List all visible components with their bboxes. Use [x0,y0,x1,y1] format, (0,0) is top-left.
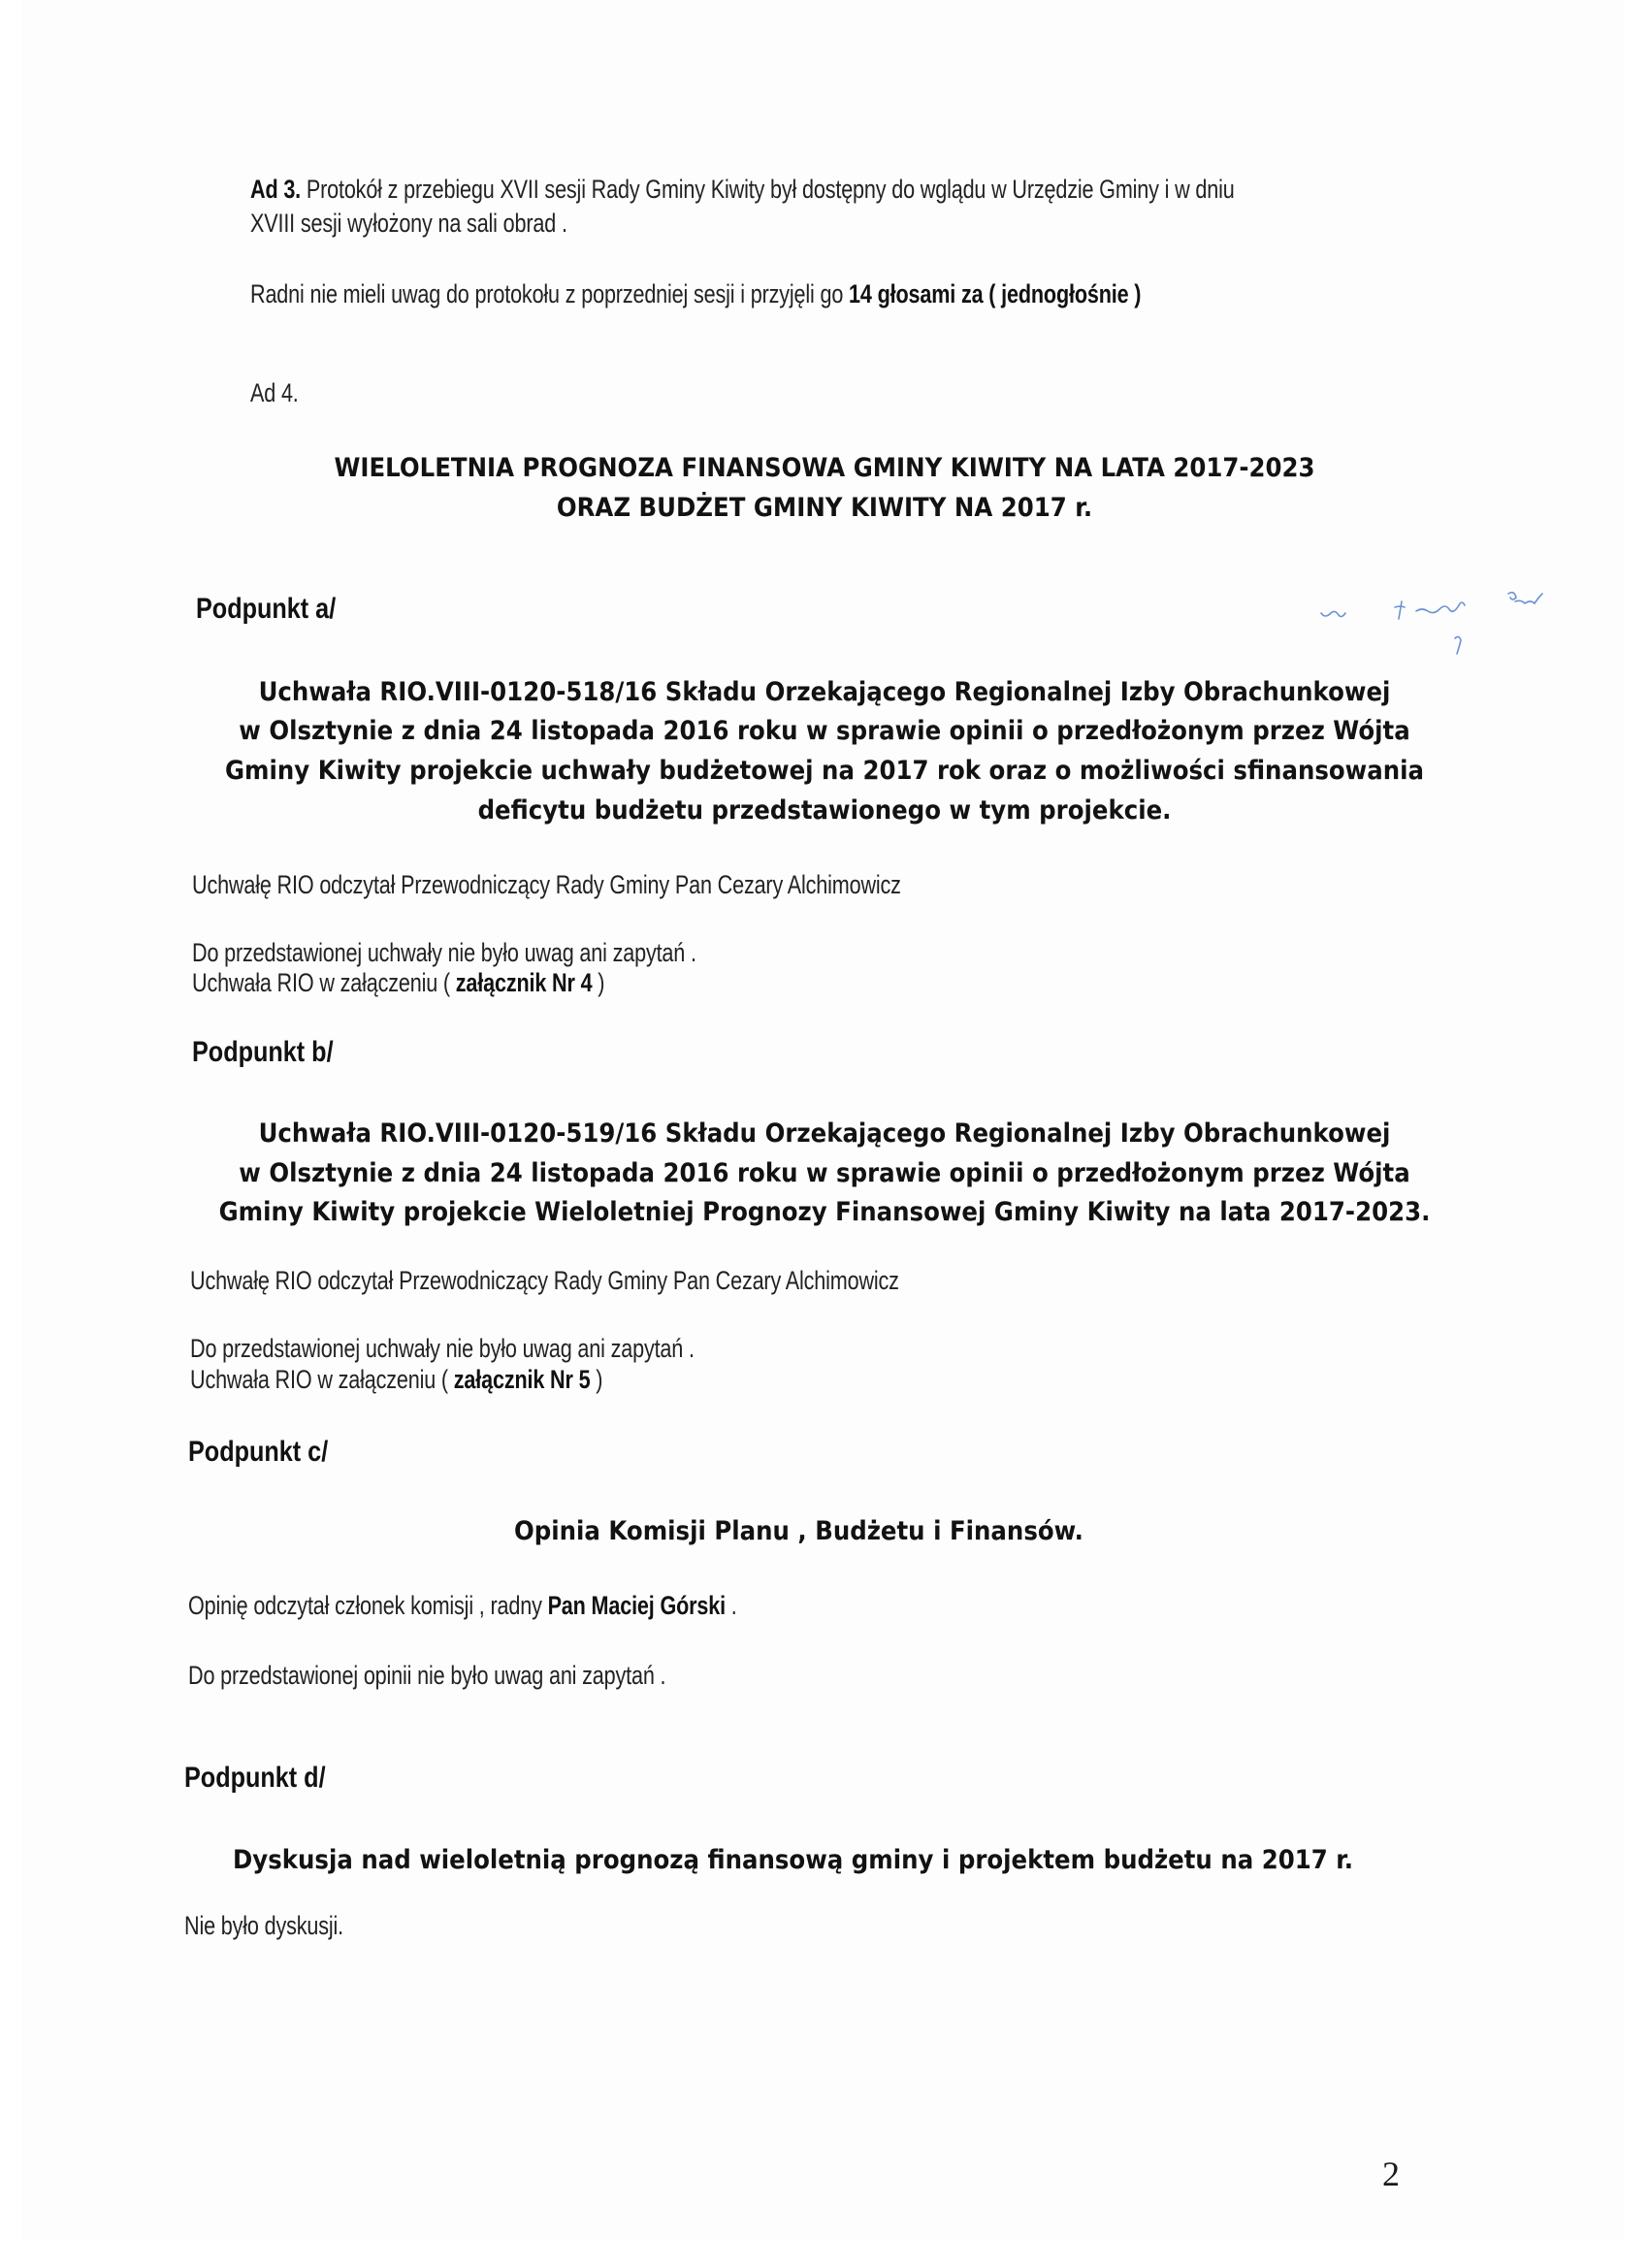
page-number: 2 [1382,2154,1400,2194]
handwritten-annotation [1309,582,1571,660]
subpoint-d-label: Podpunkt d/ [184,1762,326,1795]
subpoint-a-heading-line1: Uchwała RIO.VIII-0120-518/16 Składu Orze… [79,677,1571,707]
ad3-line2: XVIII sesji wyłożony na sali obrad . [250,209,567,239]
subpoint-b-heading-line2: w Olsztynie z dnia 24 listopada 2016 rok… [79,1158,1571,1188]
subpoint-c-heading: Opinia Komisji Planu , Budżetu i Finansó… [514,1516,1083,1546]
subpoint-d-heading: Dyskusja nad wieloletnią prognozą finans… [233,1845,1353,1875]
subpoint-b-heading-line3: Gminy Kiwity projekcie Wieloletniej Prog… [79,1197,1571,1227]
subpoint-b-no-remarks: Do przedstawionej uchwały nie było uwag … [190,1334,695,1364]
subpoint-a-attachment: Uchwała RIO w załączeniu ( załącznik Nr … [192,968,604,998]
attachment-ref: załącznik Nr 5 [454,1365,591,1394]
subpoint-a-heading-line3: Gminy Kiwity projekcie uchwały budżetowe… [79,756,1571,786]
attachment-ref: załącznik Nr 4 [456,968,593,997]
ad4-title-line2: ORAZ BUDŻET GMINY KIWITY NA 2017 r. [79,493,1571,523]
vote-result: 14 głosami za ( jednogłośnie ) [849,279,1141,308]
ad4-label: Ad 4. [250,378,299,408]
subpoint-d-note: Nie było dyskusji. [184,1911,343,1941]
member-name: Pan Maciej Górski [548,1591,726,1620]
subpoint-c-no-remarks: Do przedstawionej opinii nie było uwag a… [188,1661,665,1691]
ad3-label: Ad 3. [250,175,301,204]
subpoint-b-heading-line1: Uchwała RIO.VIII-0120-519/16 Składu Orze… [79,1118,1571,1149]
ad3-vote-line: Radni nie mieli uwag do protokołu z popr… [250,279,1141,309]
subpoint-b-attachment: Uchwała RIO w załączeniu ( załącznik Nr … [190,1365,602,1395]
subpoint-c-read-by: Opinię odczytał członek komisji , radny … [188,1591,737,1621]
subpoint-a-label: Podpunkt a/ [196,593,336,626]
subpoint-c-label: Podpunkt c/ [188,1436,328,1469]
subpoint-a-heading-line4: deficytu budżetu przedstawionego w tym p… [79,795,1571,826]
subpoint-b-read-by: Uchwałę RIO odczytał Przewodniczący Rady… [190,1266,899,1296]
ad4-title-line1: WIELOLETNIA PROGNOZA FINANSOWA GMINY KIW… [79,453,1571,483]
ad3-line1: Ad 3. Protokół z przebiegu XVII sesji Ra… [250,175,1235,205]
subpoint-b-label: Podpunkt b/ [192,1036,334,1069]
subpoint-a-read-by: Uchwałę RIO odczytał Przewodniczący Rady… [192,870,901,900]
subpoint-a-no-remarks: Do przedstawionej uchwały nie było uwag … [192,938,696,968]
subpoint-a-heading-line2: w Olsztynie z dnia 24 listopada 2016 rok… [79,716,1571,746]
